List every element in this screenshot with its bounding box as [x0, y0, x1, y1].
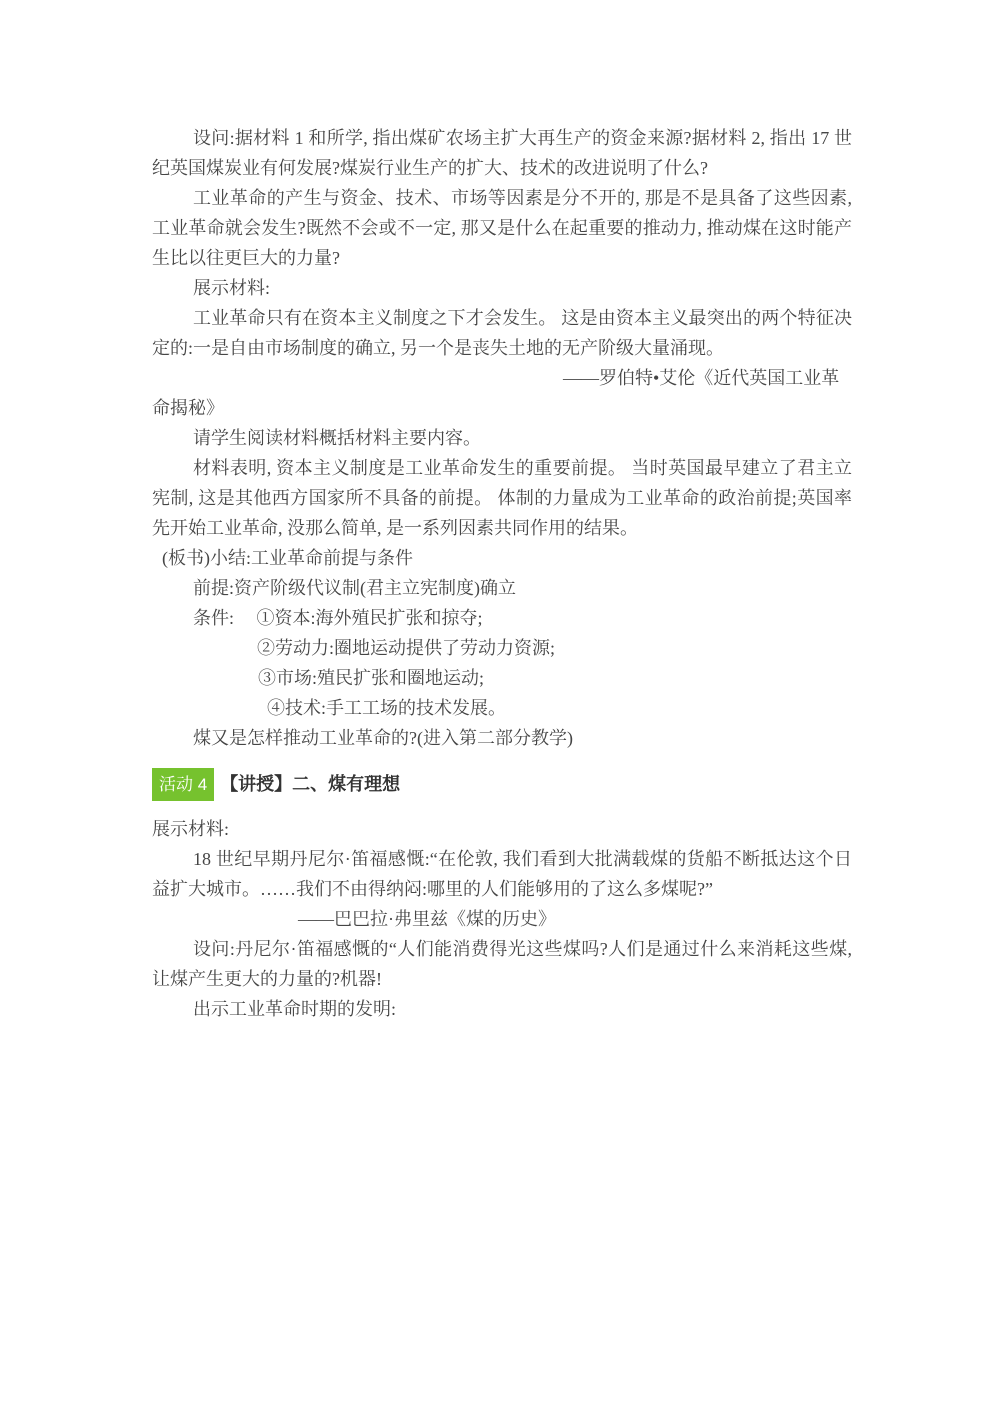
para-attribution-freese: ——巴巴拉·弗里兹《煤的历史》	[152, 904, 852, 934]
activity-badge: 活动 4	[152, 768, 214, 801]
para-material-quote-allen: 工业革命只有在资本主义制度之下才会发生。 这是由资本主义最突出的两个特征决定的:…	[152, 303, 852, 363]
para-question-2: 设问:丹尼尔·笛福感慨的“人们能消费得光这些煤吗?人们是通过什么来消耗这些煤, …	[152, 934, 852, 994]
activity-title: 【讲授】二、煤有理想	[220, 769, 400, 799]
para-premise: 前提:资产阶级代议制(君主立宪制度)确立	[152, 573, 852, 603]
para-material-analysis: 材料表明, 资本主义制度是工业革命发生的重要前提。 当时英国最早建立了君主立宪制…	[152, 453, 852, 543]
para-show-material-2: 展示材料:	[152, 814, 852, 844]
para-condition-tech: ④技术:手工工场的技术发展。	[152, 693, 852, 723]
para-attribution-allen: ——罗伯特•艾伦《近代英国工业革命揭秘》	[152, 363, 852, 423]
para-read-request: 请学生阅读材料概括材料主要内容。	[152, 423, 852, 453]
para-question-1: 设问:据材料 1 和所学, 指出煤矿农场主扩大再生产的资金来源?据材料 2, 指…	[152, 123, 852, 183]
para-discussion-factors: 工业革命的产生与资金、技术、市场等因素是分不开的, 那是不是具备了这些因素, 工…	[152, 183, 852, 273]
document-page: 设问:据材料 1 和所学, 指出煤矿农场主扩大再生产的资金来源?据材料 2, 指…	[0, 0, 1000, 1414]
para-transition-question: 煤又是怎样推动工业革命的?(进入第二部分教学)	[152, 723, 852, 753]
para-show-material-1: 展示材料:	[152, 273, 852, 303]
activity-heading: 活动 4 【讲授】二、煤有理想	[152, 767, 852, 801]
para-condition-labor: ②劳动力:圈地运动提供了劳动力资源;	[152, 633, 852, 663]
para-board-summary: (板书)小结:工业革命前提与条件	[152, 543, 852, 573]
para-defoe-quote: 18 世纪早期丹尼尔·笛福感慨:“在伦敦, 我们看到大批满载煤的货船不断抵达这个…	[152, 844, 852, 904]
para-condition-market: ③市场:殖民扩张和圈地运动;	[152, 663, 852, 693]
para-condition-capital: 条件: ①资本:海外殖民扩张和掠夺;	[152, 603, 852, 633]
para-inventions-intro: 出示工业革命时期的发明:	[152, 994, 852, 1024]
document-body: 设问:据材料 1 和所学, 指出煤矿农场主扩大再生产的资金来源?据材料 2, 指…	[152, 123, 852, 1024]
